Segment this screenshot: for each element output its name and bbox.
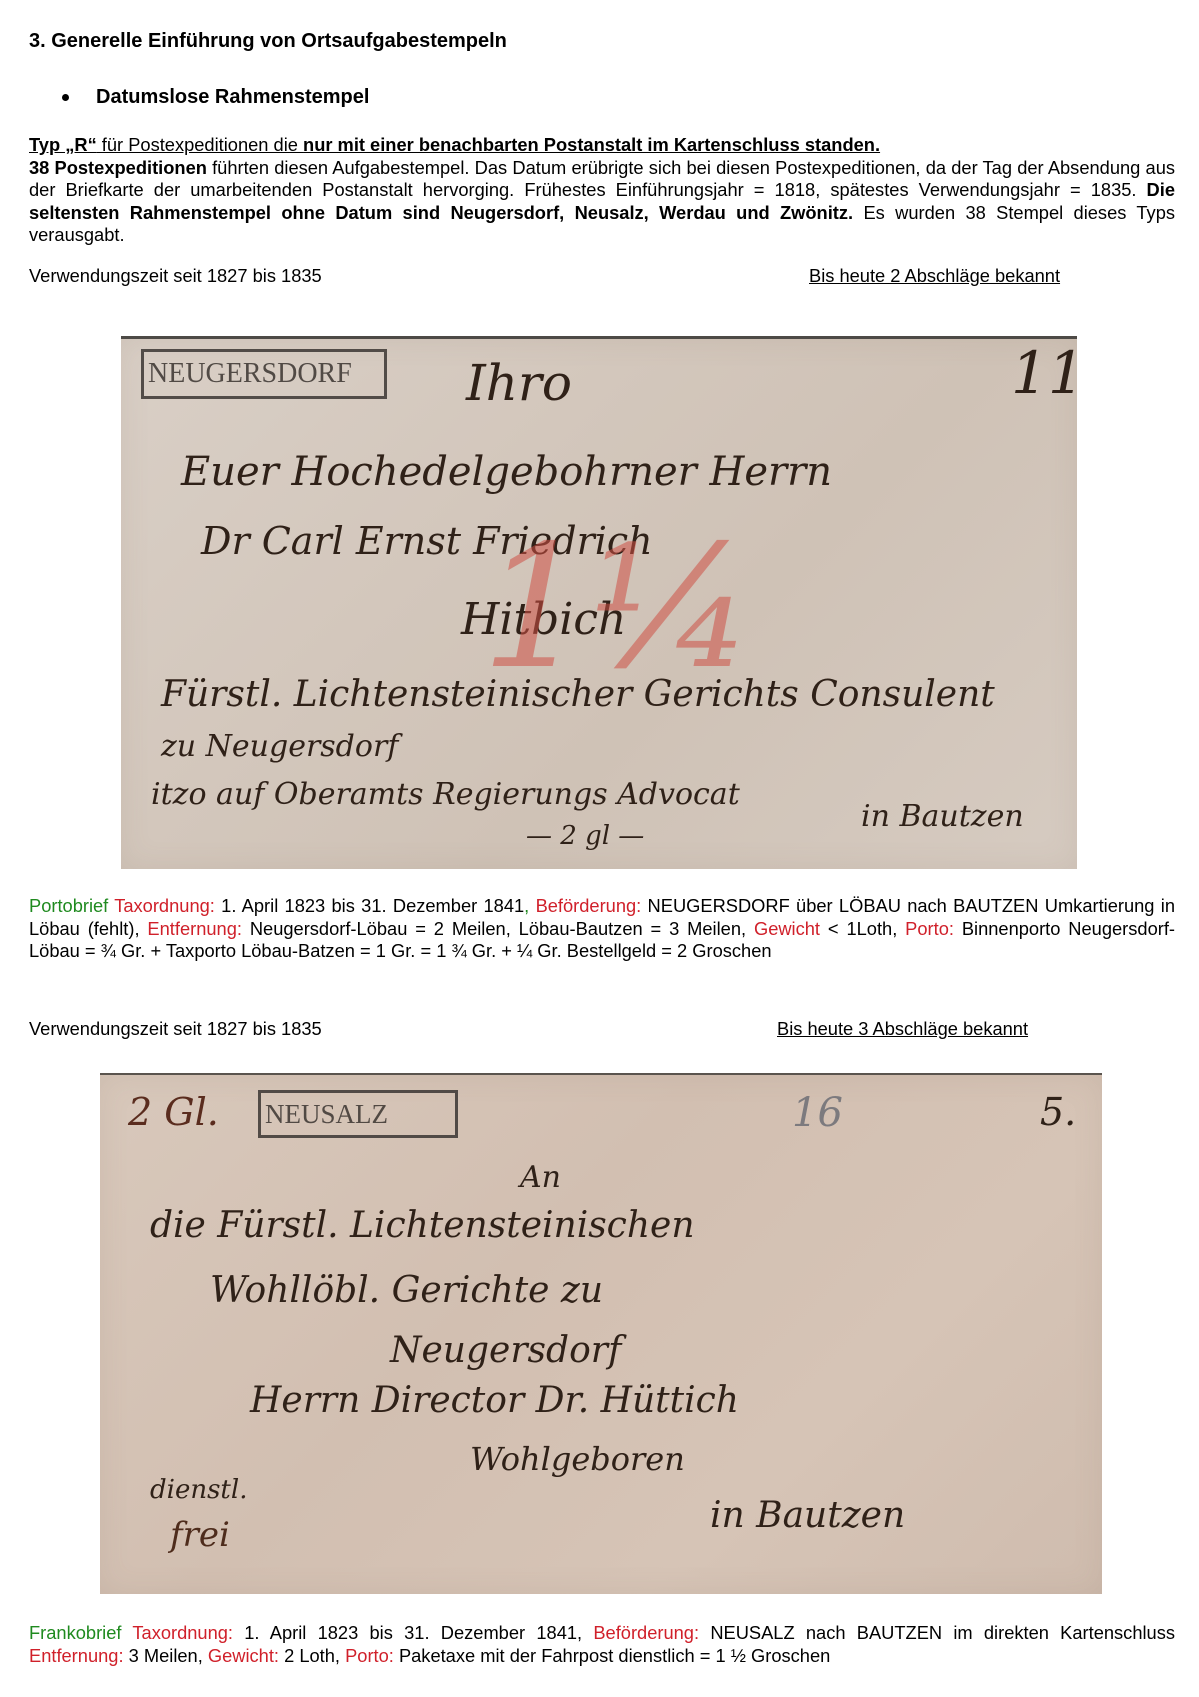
frame-stamp: NEUSALZ: [258, 1090, 458, 1138]
marking-5: 5.: [1040, 1090, 1076, 1134]
letter-image-neugersdorf: NEUGERSDORF 11 Ihro Euer Hochedelgebohrn…: [121, 336, 1077, 869]
marking-2gl: 2 Gl.: [128, 1090, 219, 1134]
label-weight: Gewicht: [754, 918, 820, 939]
type-desc: für Postexpeditionen die: [97, 134, 303, 155]
tax-value: 1. April 1823 bis 31. Dezember 1841: [215, 895, 524, 916]
script-line: in Bautzen: [861, 799, 1024, 834]
transport-value: NEUSALZ nach BAUTZEN im direkten Kartens…: [699, 1622, 1175, 1643]
script-line: Wohllöbl. Gerichte zu: [210, 1270, 603, 1311]
bullet-icon: [62, 94, 69, 101]
expedition-count: 38 Postexpeditionen: [29, 157, 207, 178]
script-line: Neugersdorf: [390, 1330, 621, 1371]
script-line: Ihro: [466, 354, 572, 412]
script-line: zu Neugersdorf: [161, 729, 398, 764]
subheading: Datumslose Rahmenstempel: [96, 86, 369, 109]
letter-type: Frankobrief: [29, 1622, 121, 1643]
label-postage: Porto:: [905, 918, 954, 939]
description-1: Portobrief Taxordnung: 1. April 1823 bis…: [29, 895, 1175, 963]
postage-value: Paketaxe mit der Fahrpost dienstlich = 1…: [394, 1645, 830, 1666]
script-line: Herrn Director Dr. Hüttich: [250, 1380, 739, 1421]
label-transport: Beförderung:: [536, 895, 642, 916]
label-transport: Beförderung:: [593, 1622, 699, 1643]
marking-16: 16: [792, 1090, 843, 1136]
known-count-2: Bis heute 3 Abschläge bekannt: [777, 1018, 1028, 1040]
usage-period-1: Verwendungszeit seit 1827 bis 1835: [29, 265, 322, 287]
script-line: die Fürstl. Lichtensteinischen: [150, 1205, 695, 1246]
type-emphasis: nur mit einer benachbarten Postanstalt i…: [303, 134, 880, 155]
type-label: Typ „R“: [29, 134, 97, 155]
usage-period-2: Verwendungszeit seit 1827 bis 1835: [29, 1018, 322, 1040]
label-tax: Taxordnung:: [132, 1622, 233, 1643]
label-postage: Porto:: [345, 1645, 394, 1666]
page-heading: 3. Generelle Einführung von Ortsaufgabes…: [29, 30, 507, 53]
frame-stamp: NEUGERSDORF: [141, 349, 387, 399]
weight-value: < 1Loth,: [820, 918, 905, 939]
letter-image-neusalz: 2 Gl. NEUSALZ 16 5. An die Fürstl. Licht…: [100, 1073, 1102, 1594]
subheading-row: Datumslose Rahmenstempel: [62, 86, 369, 109]
known-count-1: Bis heute 2 Abschläge bekannt: [809, 265, 1060, 287]
label-distance: Entfernung:: [29, 1645, 124, 1666]
script-line: Euer Hochedelgebohrner Herrn: [181, 449, 832, 495]
script-line: dienstl.: [150, 1475, 247, 1505]
tax-value: 1. April 1823 bis 31. Dezember 1841,: [233, 1622, 593, 1643]
label-weight: Gewicht:: [208, 1645, 279, 1666]
intro-type-line: Typ „R“ für Postexpeditionen die nur mit…: [29, 134, 880, 155]
script-line: in Bautzen: [710, 1495, 905, 1536]
intro-paragraph: Typ „R“ für Postexpeditionen die nur mit…: [29, 134, 1175, 247]
label-tax: Taxordnung:: [114, 895, 215, 916]
red-crayon-marking: 1¼: [481, 509, 754, 707]
distance-value: 3 Meilen,: [124, 1645, 208, 1666]
description-2: Frankobrief Taxordnung: 1. April 1823 bi…: [29, 1622, 1175, 1667]
weight-value: 2 Loth,: [279, 1645, 345, 1666]
label-distance: Entfernung:: [147, 918, 242, 939]
letter-type: Portobrief: [29, 895, 108, 916]
script-line: itzo auf Oberamts Regierungs Advocat: [151, 777, 740, 812]
marking-11: 11: [1011, 339, 1077, 407]
script-line: Wohlgeboren: [470, 1440, 685, 1478]
script-line: — 2 gl —: [526, 821, 644, 851]
distance-value: Neugersdorf-Löbau = 2 Meilen, Löbau-Baut…: [242, 918, 754, 939]
script-line: frei: [170, 1515, 230, 1555]
script-line: An: [520, 1160, 561, 1195]
